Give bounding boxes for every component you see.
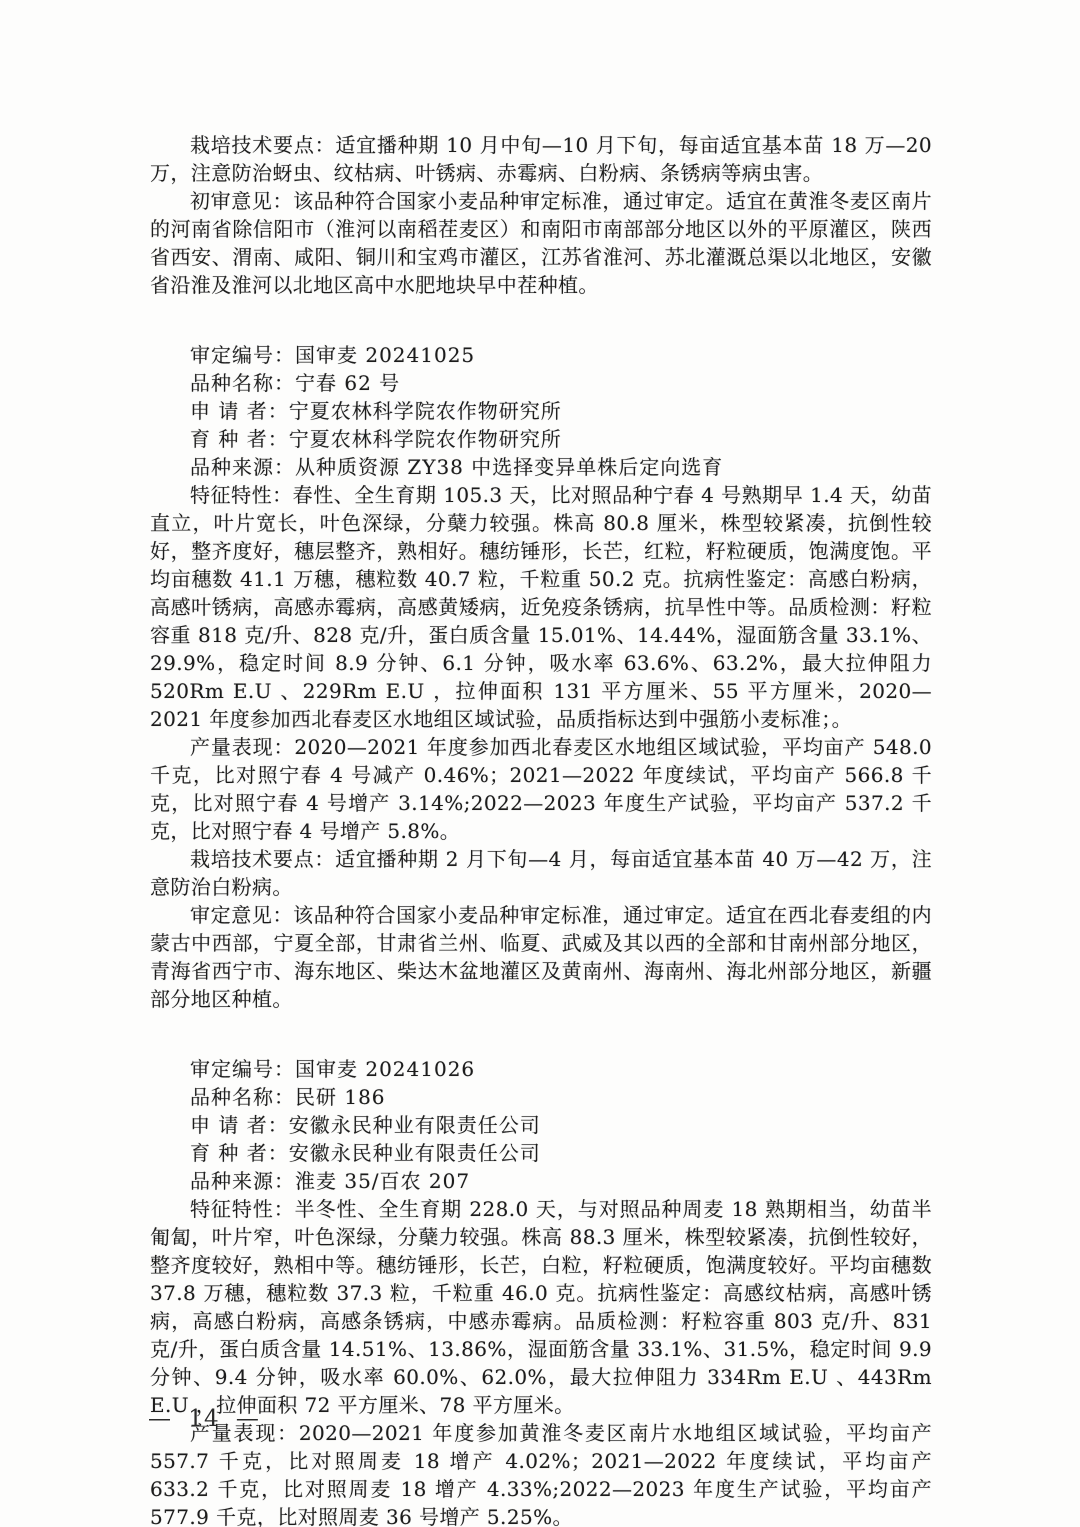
paragraph-yield-performance: 产量表现：2020—2021 年度参加西北春麦区水地组区域试验，平均亩产 548…	[150, 733, 932, 845]
document-page: 栽培技术要点：适宜播种期 10 月中旬—10 月下旬，每亩适宜基本苗 18 万—…	[0, 0, 1080, 1527]
field-approval-number: 审定编号：国审麦 20241025	[150, 341, 932, 369]
paragraph-characteristics: 特征特性：半冬性、全生育期 228.0 天，与对照品种周麦 18 熟期相当，幼苗…	[150, 1195, 932, 1419]
field-variety-origin: 品种来源：从种质资源 ZY38 中选择变异单株后定向选育	[150, 453, 932, 481]
field-variety-name: 品种名称：宁春 62 号	[150, 369, 932, 397]
field-applicant: 申 请 者：宁夏农林科学院农作物研究所	[150, 397, 932, 425]
paragraph-approval-opinion: 审定意见：该品种符合国家小麦品种审定标准，通过审定。适宜在西北春麦组的内蒙古中西…	[150, 901, 932, 1013]
field-applicant: 申 请 者：安徽永民种业有限责任公司	[150, 1111, 932, 1139]
field-variety-name: 品种名称：民研 186	[150, 1083, 932, 1111]
page-number: — 14 —	[148, 1406, 260, 1432]
paragraph-cultivation-points-previous: 栽培技术要点：适宜播种期 10 月中旬—10 月下旬，每亩适宜基本苗 18 万—…	[150, 131, 932, 187]
field-variety-origin: 品种来源：淮麦 35/百农 207	[150, 1167, 932, 1195]
paragraph-initial-opinion: 初审意见：该品种符合国家小麦品种审定标准，通过审定。适宜在黄淮冬麦区南片的河南省…	[150, 187, 932, 299]
field-approval-number: 审定编号：国审麦 20241026	[150, 1055, 932, 1083]
page-footer: — 14 —	[148, 1406, 260, 1432]
field-breeder: 育 种 者：安徽永民种业有限责任公司	[150, 1139, 932, 1167]
paragraph-characteristics: 特征特性：春性、全生育期 105.3 天，比对照品种宁春 4 号熟期早 1.4 …	[150, 481, 932, 733]
paragraph-cultivation-points: 栽培技术要点：适宜播种期 2 月下旬—4 月，每亩适宜基本苗 40 万—42 万…	[150, 845, 932, 901]
paragraph-yield-performance: 产量表现：2020—2021 年度参加黄淮冬麦区南片水地组区域试验，平均亩产 5…	[150, 1419, 932, 1527]
field-breeder: 育 种 者：宁夏农林科学院农作物研究所	[150, 425, 932, 453]
page-body: 栽培技术要点：适宜播种期 10 月中旬—10 月下旬，每亩适宜基本苗 18 万—…	[150, 131, 932, 1527]
variety-section-ningchun-62: 审定编号：国审麦 20241025 品种名称：宁春 62 号 申 请 者：宁夏农…	[150, 341, 932, 1013]
variety-section-minyan-186: 审定编号：国审麦 20241026 品种名称：民研 186 申 请 者：安徽永民…	[150, 1055, 932, 1527]
